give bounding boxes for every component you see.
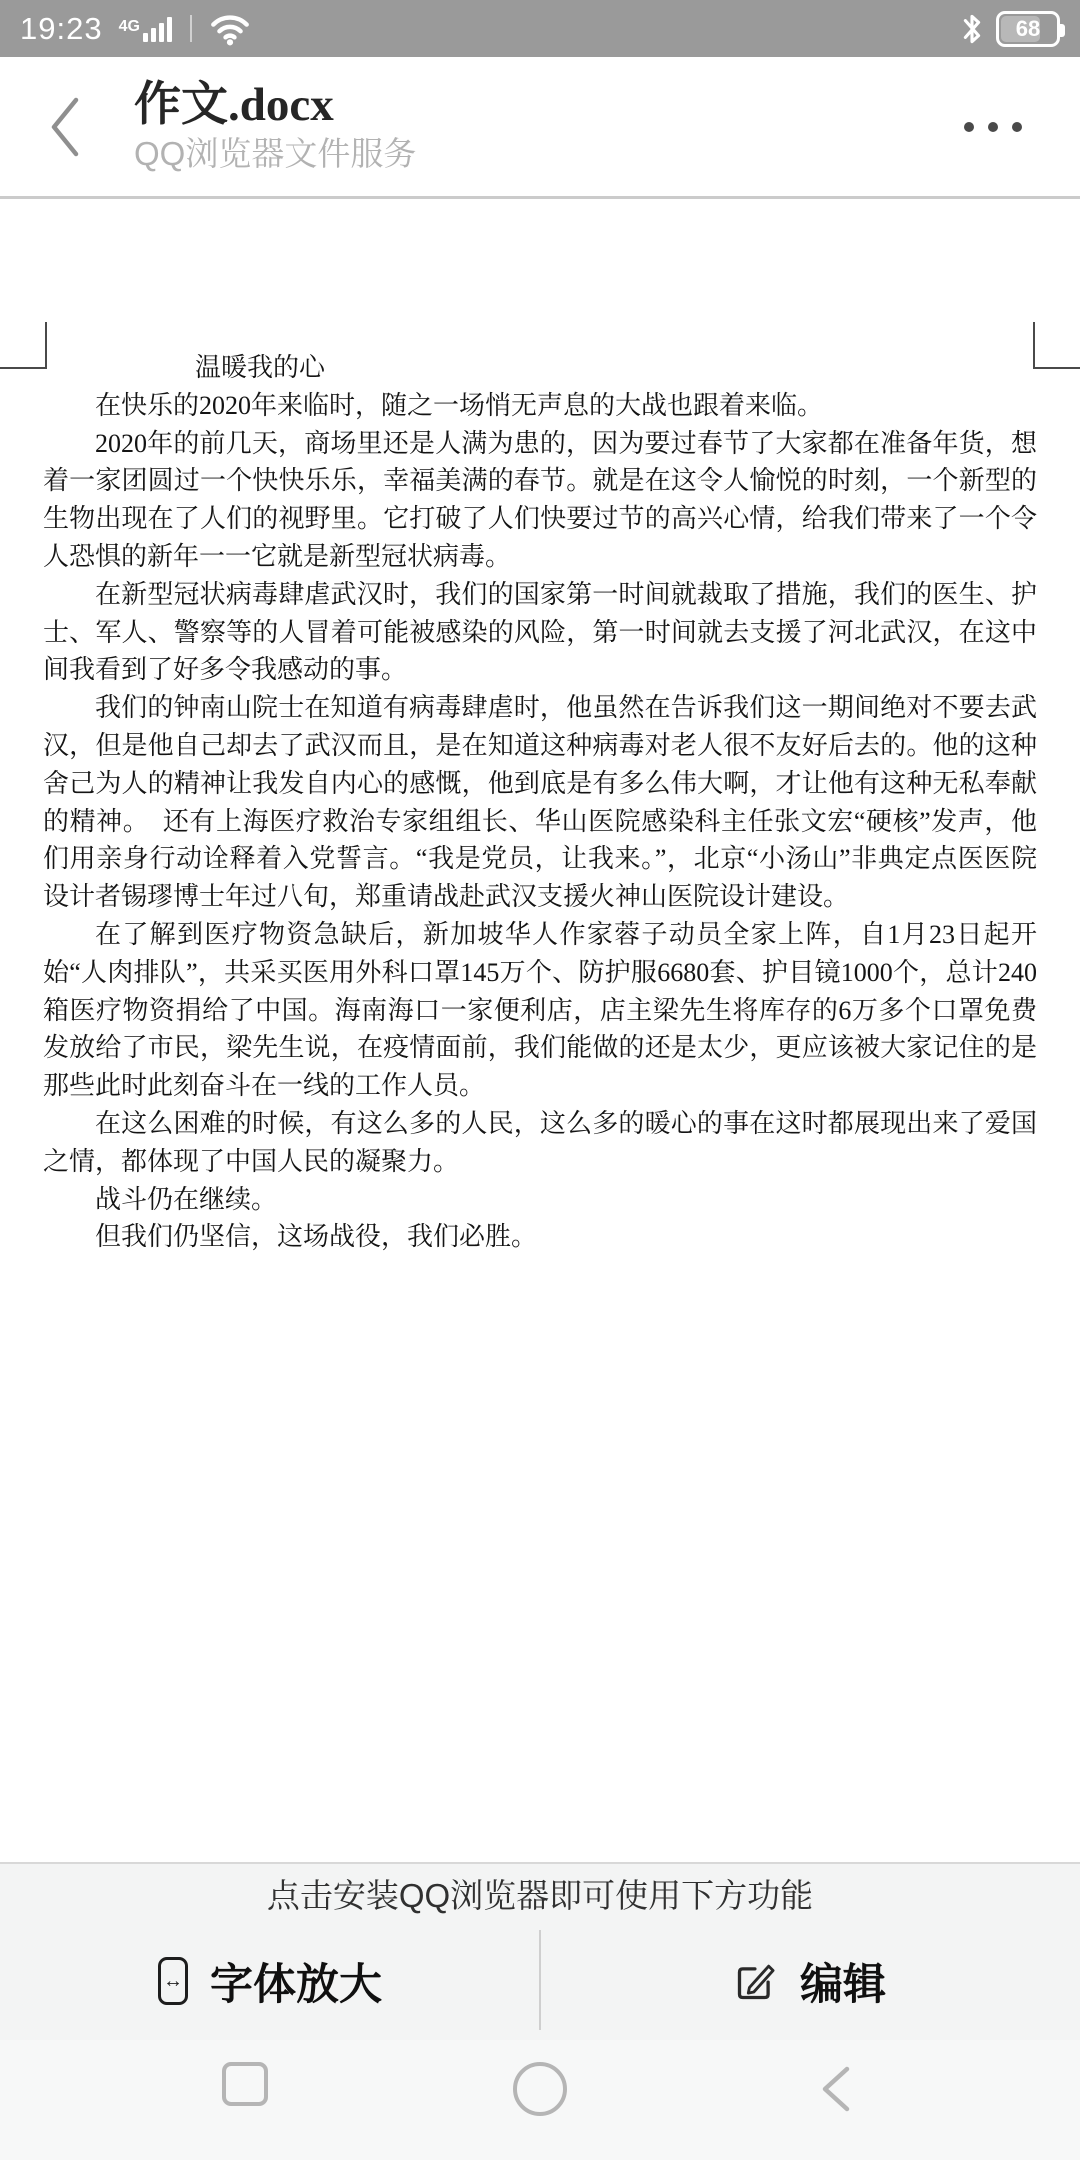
- phone-screen: 19:23 4G 68: [0, 0, 1080, 2160]
- status-right-cluster: 68: [960, 11, 1060, 47]
- action-divider: [539, 1930, 541, 2030]
- essay-paragraph: 在快乐的2020年来临时，随之一场悄无声息的大战也跟着来临。: [43, 387, 1037, 425]
- more-menu-button[interactable]: [964, 57, 1080, 196]
- edit-button[interactable]: 编辑: [540, 1922, 1080, 2040]
- font-enlarge-button[interactable]: ↔ 字体放大: [0, 1922, 540, 2040]
- android-nav-bar: [0, 2040, 1080, 2160]
- document-viewer[interactable]: 温暖我的心 在快乐的2020年来临时，随之一场悄无声息的大战也跟着来临。 202…: [0, 199, 1080, 1862]
- document-text: 温暖我的心 在快乐的2020年来临时，随之一场悄无声息的大战也跟着来临。 202…: [0, 349, 1080, 1256]
- battery-nub: [1060, 24, 1065, 37]
- network-type-label: 4G: [119, 18, 140, 36]
- edit-pencil-icon: [734, 1959, 778, 2003]
- recents-button[interactable]: [222, 2062, 268, 2106]
- status-bar: 19:23 4G 68: [0, 0, 1080, 57]
- title-block: 作文.docx QQ浏览器文件服务: [134, 79, 964, 175]
- bluetooth-icon: [960, 11, 984, 47]
- title-bar: 作文.docx QQ浏览器文件服务: [0, 57, 1080, 196]
- back-nav-button[interactable]: [812, 2062, 858, 2116]
- signal-bars-icon: [143, 16, 172, 42]
- edit-label: 编辑: [800, 1951, 886, 2012]
- status-left-cluster: 19:23 4G: [20, 11, 250, 47]
- font-resize-icon: ↔: [158, 1957, 188, 2005]
- essay-paragraph: 在这么困难的时候，有这么多的人民，这么多的暖心的事在这时都展现出来了爱国之情，都…: [43, 1105, 1037, 1181]
- essay-title: 温暖我的心: [43, 349, 1037, 387]
- font-enlarge-label: 字体放大: [210, 1951, 382, 2012]
- install-banner[interactable]: 点击安装QQ浏览器即可使用下方功能: [0, 1864, 1080, 1922]
- back-button[interactable]: [0, 57, 128, 196]
- essay-paragraph: 在了解到医疗物资急缺后，新加坡华人作家蓉子动员全家上阵，自1月23日起开始“人肉…: [43, 916, 1037, 1105]
- toolbar-actions: ↔ 字体放大 编辑: [0, 1922, 1080, 2040]
- wifi-icon: [210, 12, 250, 46]
- home-button[interactable]: [513, 2062, 567, 2116]
- clock: 19:23: [20, 11, 103, 47]
- kebab-dot: [1012, 122, 1022, 132]
- file-subtitle: QQ浏览器文件服务: [134, 133, 964, 175]
- cell-signal-icon: 4G: [119, 16, 172, 42]
- essay-paragraph: 但我们仍坚信，这场战役，我们必胜。: [43, 1218, 1037, 1256]
- essay-paragraph: 战斗仍在继续。: [43, 1181, 1037, 1219]
- battery-percent: 68: [1016, 16, 1040, 42]
- kebab-dot: [964, 122, 974, 132]
- kebab-dot: [988, 122, 998, 132]
- essay-paragraph: 我们的钟南山院士在知道有病毒肆虐时，他虽然在告诉我们这一期间绝对不要去武汉，但是…: [43, 689, 1037, 916]
- essay-paragraph: 2020年的前几天，商场里还是人满为患的，因为要过春节了大家都在准备年货，想着一…: [43, 425, 1037, 576]
- chevron-left-icon: [42, 92, 86, 162]
- file-title: 作文.docx: [134, 79, 964, 131]
- bottom-toolbar: 点击安装QQ浏览器即可使用下方功能 ↔ 字体放大 编辑: [0, 1862, 1080, 2040]
- battery-icon: 68: [996, 11, 1060, 47]
- status-divider: [190, 15, 192, 42]
- essay-paragraph: 在新型冠状病毒肆虐武汉时，我们的国家第一时间就裁取了措施，我们的医生、护士、军人…: [43, 576, 1037, 689]
